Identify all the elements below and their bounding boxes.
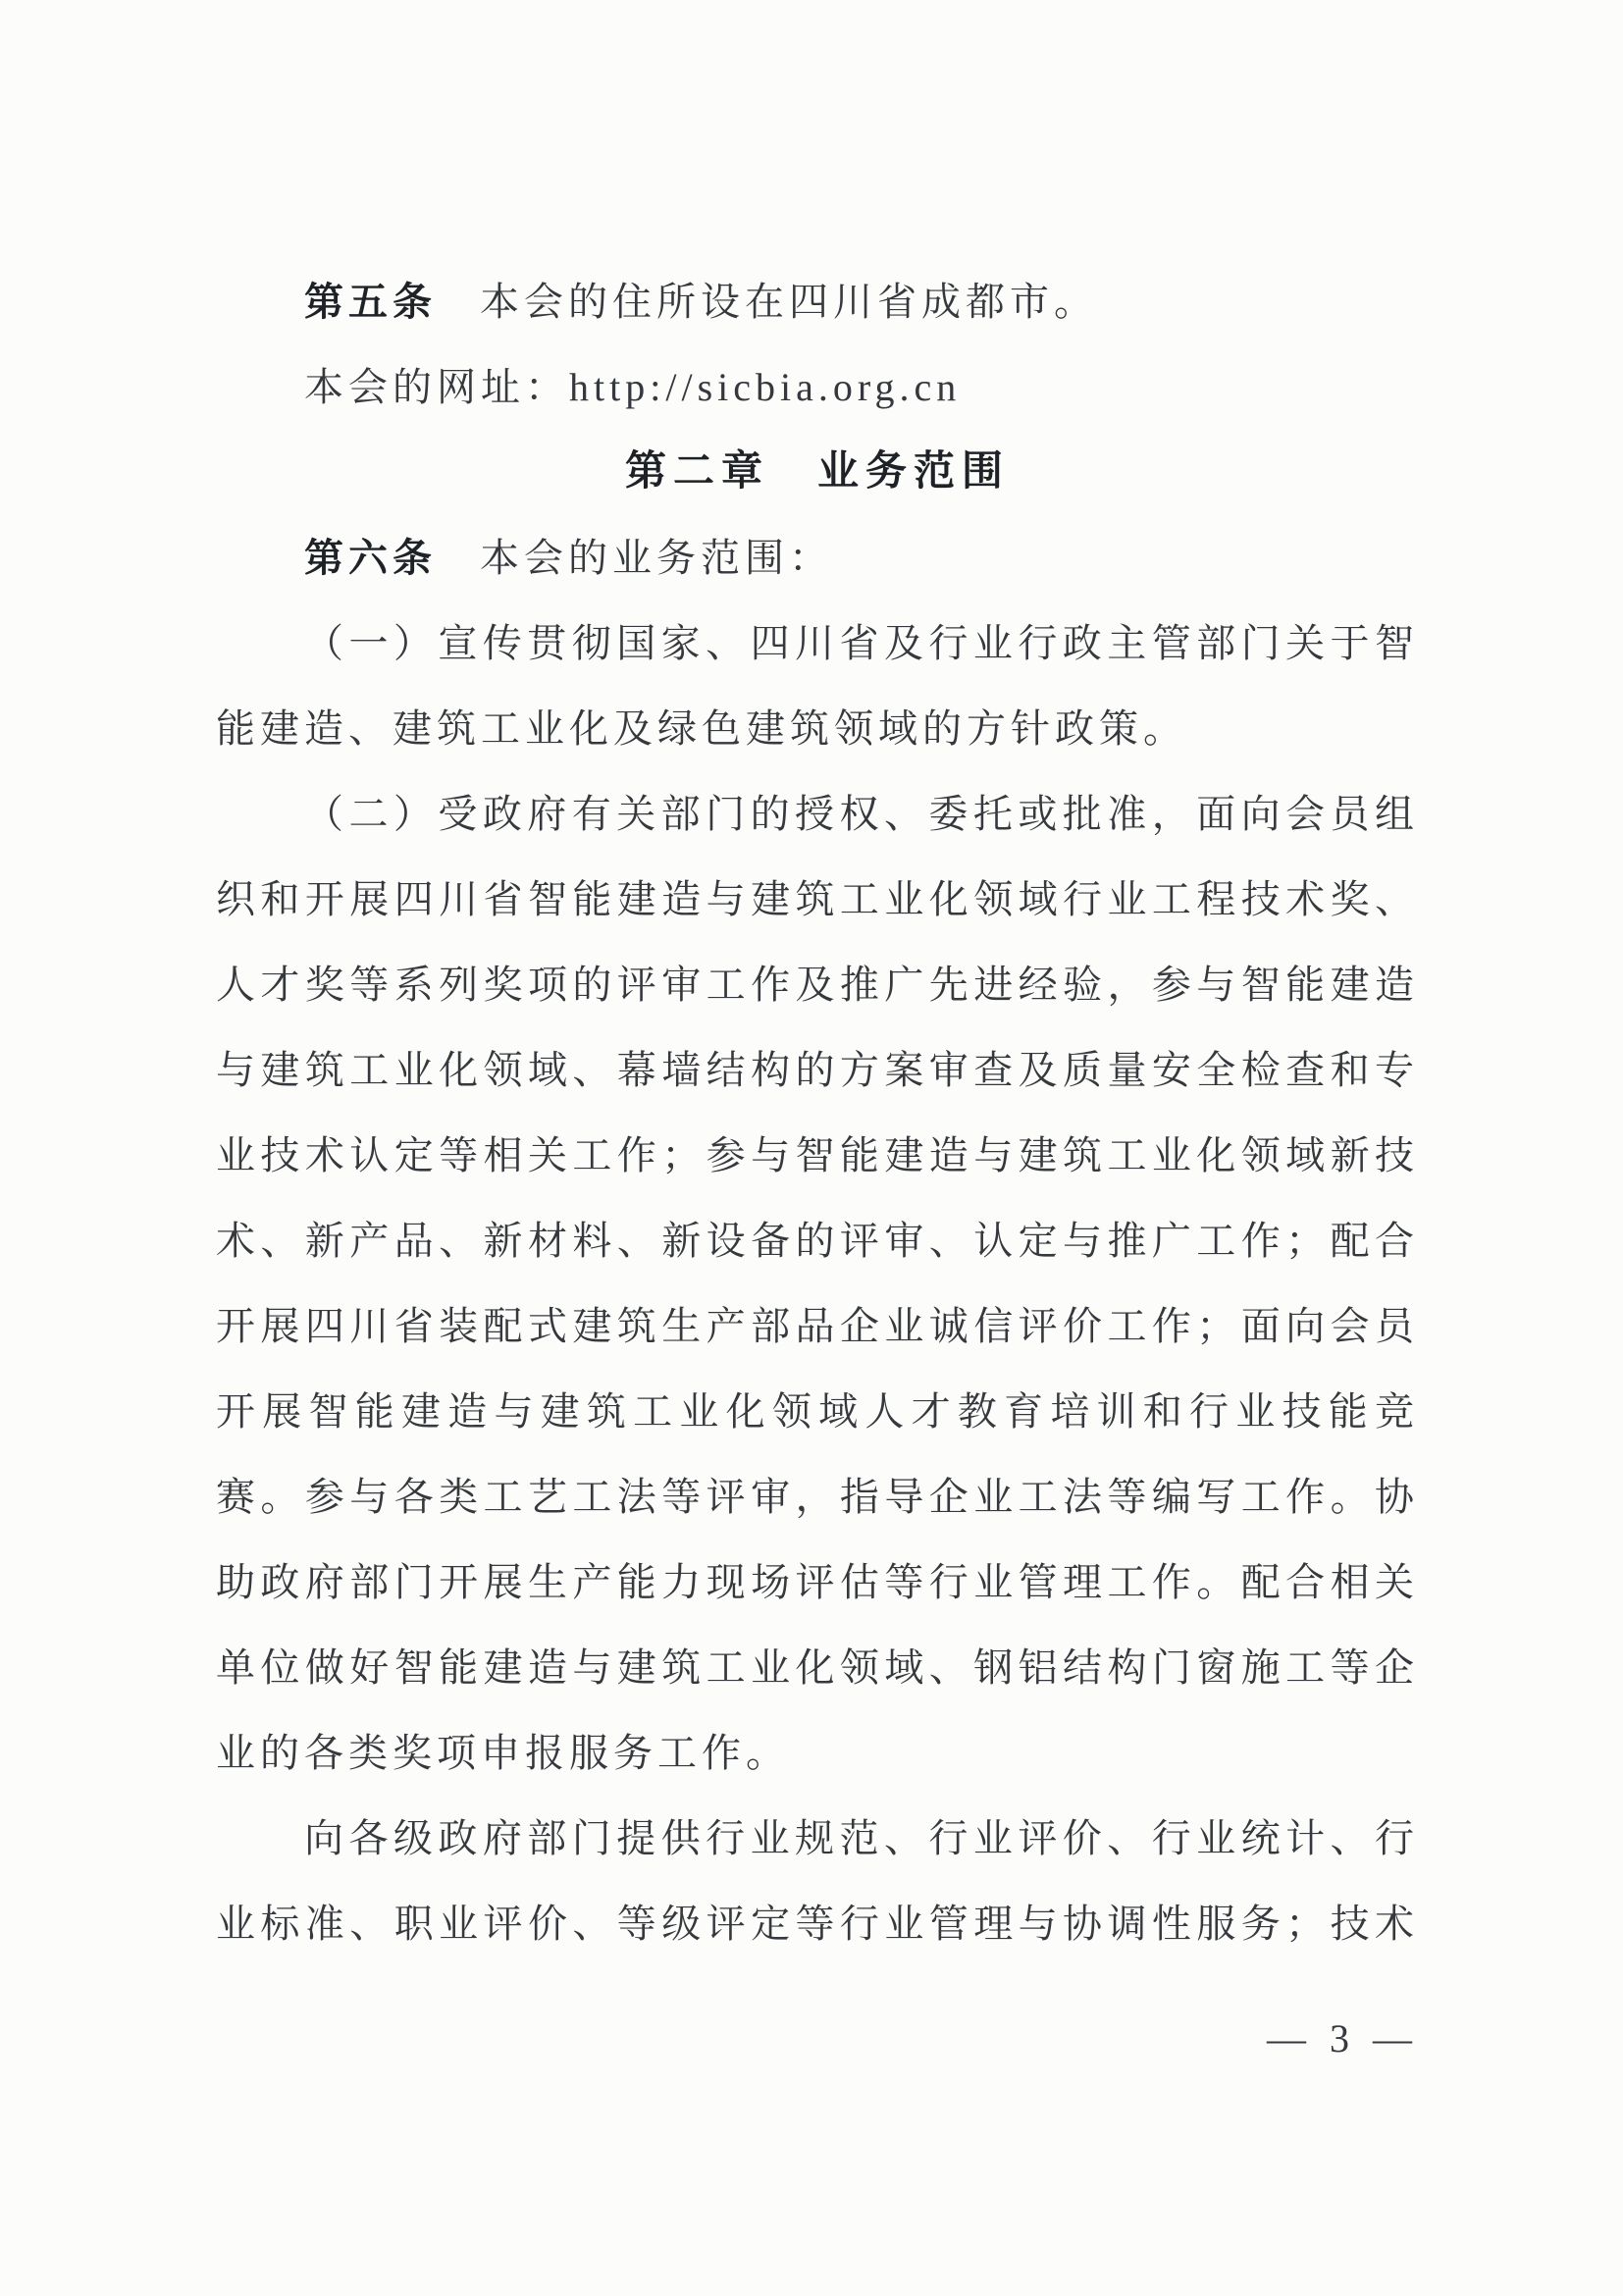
text-line: 单位做好智能建造与建筑工业化领域、钢铝结构门窗施工等企 — [216, 1625, 1419, 1710]
text-line: 人才奖等系列奖项的评审工作及推广先进经验，参与智能建造 — [216, 942, 1419, 1027]
text-line: 开展智能建造与建筑工业化领域人才教育培训和行业技能竞 — [216, 1369, 1419, 1454]
document-body: 第五条本会的住所设在四川省成都市。本会的网址：http://sicbia.org… — [216, 259, 1419, 1966]
article-text: 本会的业务范围： — [480, 536, 833, 580]
text-line: 开展四川省装配式建筑生产部品企业诚信评价工作；面向会员 — [216, 1283, 1419, 1369]
text-line: 向各级政府部门提供行业规范、行业评价、行业统计、行 — [216, 1796, 1419, 1881]
article-paragraph: 第五条本会的住所设在四川省成都市。 — [216, 259, 1419, 344]
page-number: — 3 — — [1267, 2017, 1419, 2061]
text-line: 业技术认定等相关工作；参与智能建造与建筑工业化领域新技 — [216, 1113, 1419, 1198]
chapter-heading: 第二章 业务范围 — [216, 430, 1419, 515]
scanned-document-page: 第五条本会的住所设在四川省成都市。本会的网址：http://sicbia.org… — [0, 0, 1623, 2296]
article-text: 本会的住所设在四川省成都市。 — [480, 280, 1098, 324]
text-line: 织和开展四川省智能建造与建筑工业化领域行业工程技术奖、 — [216, 857, 1419, 942]
text-line: 本会的网址：http://sicbia.org.cn — [216, 344, 1419, 430]
text-line: （一）宣传贯彻国家、四川省及行业行政主管部门关于智 — [216, 600, 1419, 686]
text-line: 助政府部门开展生产能力现场评估等行业管理工作。配合相关 — [216, 1539, 1419, 1625]
article-number: 第六条 — [304, 536, 437, 580]
article-number: 第五条 — [304, 280, 437, 324]
text-line: 术、新产品、新材料、新设备的评审、认定与推广工作；配合 — [216, 1198, 1419, 1283]
text-line: 业标准、职业评价、等级评定等行业管理与协调性服务；技术 — [216, 1881, 1419, 1966]
text-line: （二）受政府有关部门的授权、委托或批准，面向会员组 — [216, 771, 1419, 857]
article-paragraph: 第六条本会的业务范围： — [216, 515, 1419, 600]
text-line: 能建造、建筑工业化及绿色建筑领域的方针政策。 — [216, 686, 1419, 771]
text-line: 赛。参与各类工艺工法等评审，指导企业工法等编写工作。协 — [216, 1454, 1419, 1539]
text-line: 业的各类奖项申报服务工作。 — [216, 1710, 1419, 1796]
text-line: 与建筑工业化领域、幕墙结构的方案审查及质量安全检查和专 — [216, 1027, 1419, 1113]
